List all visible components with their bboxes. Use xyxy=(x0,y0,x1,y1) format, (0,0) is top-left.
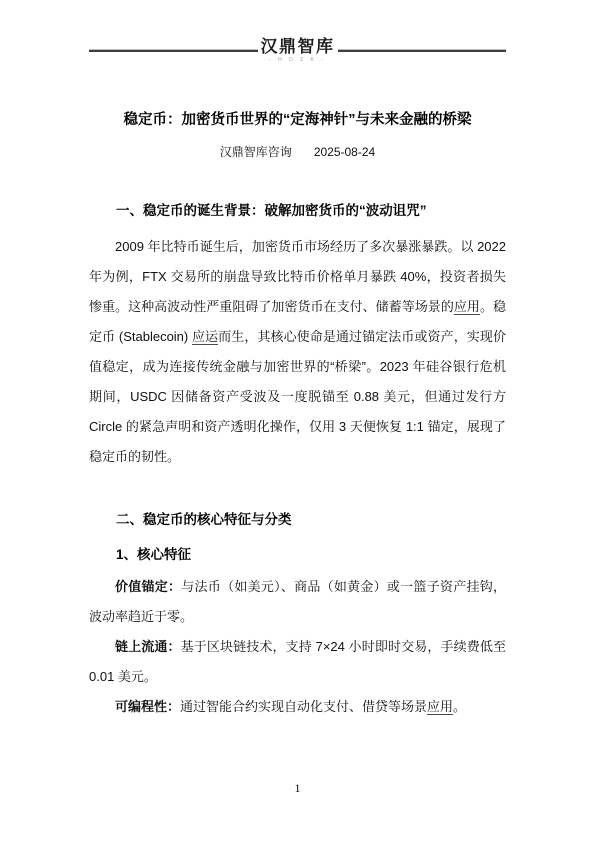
page-number: 1 xyxy=(0,783,595,795)
document-body: 一、稳定币的诞生背景：破解加密货币的“波动诅咒”2009 年比特币诞生后，加密货… xyxy=(89,196,506,722)
underlined-text: 应运 xyxy=(192,329,218,345)
term-bold: 价值锚定： xyxy=(115,579,181,594)
brand-logo-text: 汉鼎智库 xyxy=(261,38,335,55)
paragraph: 链上流通：基于区块链技术，支持 7×24 小时即时交易，手续费低至 0.01 美… xyxy=(89,632,506,692)
byline: 汉鼎智库咨询2025-08-24 xyxy=(0,143,595,160)
paragraph: 2009 年比特币诞生后，加密货币市场经历了多次暴涨暴跌。以 2022 年为例，… xyxy=(89,232,506,472)
section-heading: 一、稳定币的诞生背景：破解加密货币的“波动诅咒” xyxy=(89,196,506,226)
page-header: 汉鼎智库 - H D Z K - xyxy=(89,38,506,63)
text-run: 通过智能合约实现自动化支付、借贷等场景 xyxy=(180,699,427,714)
paragraph: 价值锚定：与法币（如美元）、商品（如黄金）或一篮子资产挂钩，波动率趋近于零。 xyxy=(89,572,506,632)
brand-logo: 汉鼎智库 - H D Z K - xyxy=(261,38,335,63)
section: 一、稳定币的诞生背景：破解加密货币的“波动诅咒”2009 年比特币诞生后，加密货… xyxy=(89,196,506,472)
document-page: 汉鼎智库 - H D Z K - 稳定币：加密货币世界的“定海神针”与未来金融的… xyxy=(0,0,595,842)
section: 二、稳定币的核心特征与分类1、核心特征价值锚定：与法币（如美元）、商品（如黄金）… xyxy=(89,505,506,722)
underlined-text: 应用 xyxy=(427,699,453,715)
document-title: 稳定币：加密货币世界的“定海神针”与未来金融的桥梁 xyxy=(0,108,595,129)
header-rule-left xyxy=(89,49,258,52)
byline-date: 2025-08-24 xyxy=(314,145,375,159)
section-subheading: 1、核心特征 xyxy=(89,540,506,570)
text-run: 而生，其核心使命是通过锚定法币或资产，实现价值稳定，成为连接传统金融与加密世界的… xyxy=(89,329,506,464)
brand-logo-subtext: - H D Z K - xyxy=(261,58,335,63)
text-run: 2009 年比特币诞生后，加密货币市场经历了多次暴涨暴跌。以 2022 年为例，… xyxy=(89,239,506,314)
byline-author: 汉鼎智库咨询 xyxy=(220,145,292,159)
underlined-text: 应用 xyxy=(454,299,480,315)
paragraph: 可编程性：通过智能合约实现自动化支付、借贷等场景应用。 xyxy=(89,692,506,722)
header-rule-right xyxy=(338,49,507,52)
text-run: 。 xyxy=(453,699,466,714)
term-bold: 链上流通： xyxy=(115,639,181,654)
term-bold: 可编程性： xyxy=(115,699,180,714)
section-heading: 二、稳定币的核心特征与分类 xyxy=(89,505,506,535)
